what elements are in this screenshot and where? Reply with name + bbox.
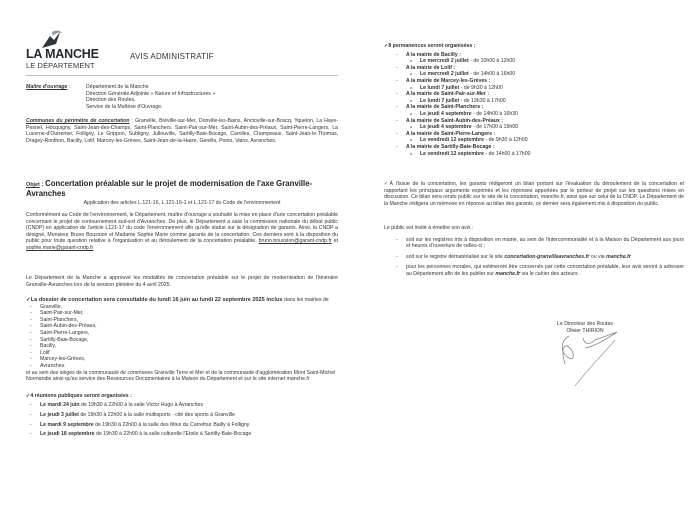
permanence-time: - de 10h00 à 12h00 bbox=[470, 58, 515, 64]
permanence-place: A la mairie de Saint-Pierre-Langers : bbox=[384, 131, 684, 138]
bilan-paragraph: À l'issue de la concertation, les garant… bbox=[384, 181, 684, 207]
mairie-item: Bacilly, bbox=[26, 343, 338, 350]
permanence-slot: Le vendredi 12 septembre - de 14h00 à 17… bbox=[384, 151, 684, 158]
approval-paragraph: Le Département de la Manche a approuvé l… bbox=[26, 275, 338, 288]
document-type-heading: AVIS ADMINISTRATIF bbox=[130, 52, 214, 61]
permanence-place: A la mairie de Lolif : bbox=[384, 65, 684, 72]
signatory-title: Le Directeur des Routes bbox=[540, 321, 630, 328]
manche-site-link[interactable]: manche.fr bbox=[495, 271, 520, 277]
brand-subtitle: LE DÉPARTEMENT bbox=[26, 61, 95, 70]
permanence-time: - de 14h00 à 16h00 bbox=[470, 71, 515, 77]
permanences-list: A la mairie de Bacilly : Le mercredi 2 j… bbox=[384, 52, 684, 158]
mairie-item: Lolif bbox=[26, 350, 338, 357]
permanence-time: - de 14h00 à 17h00 bbox=[485, 151, 530, 157]
reunion-detail: de 19h30 à 22h00 à la salle Victor Hugo … bbox=[81, 402, 203, 408]
email-link-marie[interactable]: sophie.marie@garant-cndp.fr bbox=[26, 245, 93, 251]
dossier-section: La dossier de concertation sera consulta… bbox=[26, 297, 338, 441]
objet-label: Objet bbox=[26, 182, 40, 188]
objet-title: Concertation préalable sur le projet de … bbox=[26, 179, 312, 198]
document-page: LA MANCHE LE DÉPARTEMENT AVIS ADMINISTRA… bbox=[0, 0, 700, 526]
permanence-place: A la mairie de Marcey-les-Grèves : bbox=[384, 78, 684, 85]
logo-wave-icon bbox=[40, 30, 62, 48]
avis-item: soit sur le registre dématérialisé sur l… bbox=[392, 254, 684, 261]
permanence-place: A la mairie de Saint-Aubin-des-Préaux : bbox=[384, 118, 684, 125]
dossier-heading-rest: dans les mairies de bbox=[284, 297, 329, 303]
objet-section: Objet : Concertation préalable sur le pr… bbox=[26, 179, 338, 206]
avis-item: pour les personnes morales, qui estimero… bbox=[392, 264, 684, 277]
maitre-ouvrage-lines: Département de la Manche Direction Génér… bbox=[86, 84, 215, 110]
mairie-item: Saint-Pierre-Langers, bbox=[26, 330, 338, 337]
avis-text: soit sur le registre dématérialisé sur l… bbox=[406, 254, 503, 260]
reunion-detail: de 19h30 à 22h00 à la salle multisports … bbox=[80, 412, 235, 418]
permanence-date: Le mercredi 2 juillet bbox=[420, 71, 469, 77]
avis-text: ou via bbox=[591, 254, 605, 260]
permanence-slot: Le jeudi 4 septembre - de 14h00 à 16h30 bbox=[384, 111, 684, 118]
maitre-ouvrage-line: Département de la Manche bbox=[86, 84, 215, 91]
avis-list: soit sur les registres mis à disposition… bbox=[384, 237, 684, 278]
mairie-item: Saint-Aubin-des-Préaux, bbox=[26, 323, 338, 330]
reunion-date: Le mardi 9 septembre bbox=[40, 422, 94, 428]
permanence-date: Le jeudi 4 septembre bbox=[420, 124, 472, 130]
permanence-place: A la mairie de Sartilly-Baie-Bocage : bbox=[384, 144, 684, 151]
reunion-date: Le jeudi 3 juillet bbox=[40, 412, 79, 418]
maitre-ouvrage-line: Service de la Maîtrise d'Ouvrage. bbox=[86, 104, 215, 111]
permanence-date: Le jeudi 4 septembre bbox=[420, 111, 472, 117]
permanence-date: Le vendredi 12 septembre bbox=[420, 137, 484, 143]
permanence-slot: Le jeudi 4 septembre - de 17h00 à 19h00 bbox=[384, 124, 684, 131]
maitre-ouvrage-line: Direction des Routes, bbox=[86, 97, 215, 104]
and-text: et bbox=[334, 238, 338, 244]
communes-section: Communes du périmètre de concertation : … bbox=[26, 118, 338, 144]
concertation-site-link[interactable]: concertation-granvilleavranches.fr bbox=[504, 254, 589, 260]
reunion-item: Le jeudi 18 septembre de 19h30 à 22h00 à… bbox=[26, 431, 338, 438]
handwritten-signature-icon bbox=[555, 328, 635, 388]
maitre-ouvrage-label: Maître d'ouvrage bbox=[26, 84, 67, 90]
reunion-item: Le jeudi 3 juillet de 19h30 à 22h00 à la… bbox=[26, 412, 338, 419]
mairie-item: Saint-Pair-sur-Mer, bbox=[26, 310, 338, 317]
permanence-place: A la mairie de Saint-Planchers : bbox=[384, 104, 684, 111]
reunion-detail: de 19h30 à 22h00 à la salle des fêtes du… bbox=[95, 422, 249, 428]
reunion-item: Le mardi 9 septembre de 19h30 à 22h00 à … bbox=[26, 422, 338, 429]
avis-section: Le public est invité à émettre son avis … bbox=[384, 225, 684, 278]
permanence-place: A la mairie de Saint-Pair-sur-Mer : bbox=[384, 91, 684, 98]
mairie-item: Sartilly-Baie-Bocage, bbox=[26, 337, 338, 344]
permanence-time: - de 14h00 à 16h30 bbox=[473, 111, 518, 117]
email-link-boussion[interactable]: bruno.boussion@garant-cndp.fr bbox=[259, 238, 332, 244]
avis-item: soit sur les registres mis à disposition… bbox=[392, 237, 684, 250]
reunions-list: Le mardi 24 juin de 19h30 à 22h00 à la s… bbox=[26, 402, 338, 437]
intro-paragraph: Conformément au Code de l'environnement,… bbox=[26, 212, 338, 252]
brand-title: LA MANCHE bbox=[26, 47, 99, 61]
mairie-item: Saint-Planchers, bbox=[26, 317, 338, 324]
permanence-date: Le lundi 7 juillet bbox=[420, 98, 459, 104]
header-divider bbox=[26, 75, 338, 76]
permanence-time: - de 9h30 à 12h00 bbox=[485, 137, 527, 143]
objet-application: Application des articles L.121-16, L.121… bbox=[26, 200, 338, 207]
permanences-section: 8 permanences seront organisées : A la m… bbox=[384, 43, 684, 157]
permanence-slot: Le vendredi 12 septembre - de 9h30 à 12h… bbox=[384, 137, 684, 144]
dossier-footer: et au sein des sièges de la communauté d… bbox=[26, 370, 338, 383]
reunion-detail: de 19h30 à 22h00 à la salle culturelle l… bbox=[96, 431, 251, 437]
permanence-date: Le vendredi 12 septembre bbox=[420, 151, 484, 157]
mairie-item: Granville, bbox=[26, 304, 338, 311]
permanences-heading: 8 permanences seront organisées : bbox=[384, 43, 684, 50]
reunions-heading: 4 réunions publiques seront organisées : bbox=[26, 393, 338, 400]
maitre-ouvrage-section: Maître d'ouvrage : Département de la Man… bbox=[26, 84, 336, 110]
permanence-slot: Le mercredi 2 juillet - de 10h00 à 12h00 bbox=[384, 58, 684, 65]
reunion-item: Le mardi 24 juin de 19h30 à 22h00 à la s… bbox=[26, 402, 338, 409]
permanence-date: Le lundi 7 juillet bbox=[420, 85, 459, 91]
mairie-item: Avranches bbox=[26, 363, 338, 370]
permanence-slot: Le mercredi 2 juillet - de 14h00 à 16h00 bbox=[384, 71, 684, 78]
communes-label: Communes du périmètre de concertation bbox=[26, 118, 130, 124]
la-manche-logo: LA MANCHE LE DÉPARTEMENT bbox=[26, 30, 116, 72]
permanence-date: Le mercredi 2 juillet bbox=[420, 58, 469, 64]
avis-text: via le cahier des acteurs. bbox=[522, 271, 579, 277]
manche-site-link[interactable]: manche.fr bbox=[606, 254, 631, 260]
mairie-item: Marcey-les-Grèves, bbox=[26, 356, 338, 363]
reunion-date: Le mardi 24 juin bbox=[40, 402, 80, 408]
permanence-place: A la mairie de Bacilly : bbox=[384, 52, 684, 59]
permanence-time: - de 17h00 à 19h00 bbox=[473, 124, 518, 130]
reunion-date: Le jeudi 18 septembre bbox=[40, 431, 95, 437]
permanence-slot: Le lundi 7 juillet - de 13h30 à 17h00 bbox=[384, 98, 684, 105]
maitre-ouvrage-line: Direction Générale Adjointe « Nature et … bbox=[86, 91, 215, 98]
permanence-slot: Le lundi 7 juillet - de 9h30 à 12h00 bbox=[384, 85, 684, 92]
permanence-time: - de 13h30 à 17h00 bbox=[461, 98, 506, 104]
dossier-heading: La dossier de concertation sera consulta… bbox=[26, 297, 282, 303]
permanence-time: - de 9h30 à 12h00 bbox=[461, 85, 503, 91]
mairies-list: Granville, Saint-Pair-sur-Mer, Saint-Pla… bbox=[26, 304, 338, 370]
avis-intro: Le public est invité à émettre son avis … bbox=[384, 225, 684, 232]
